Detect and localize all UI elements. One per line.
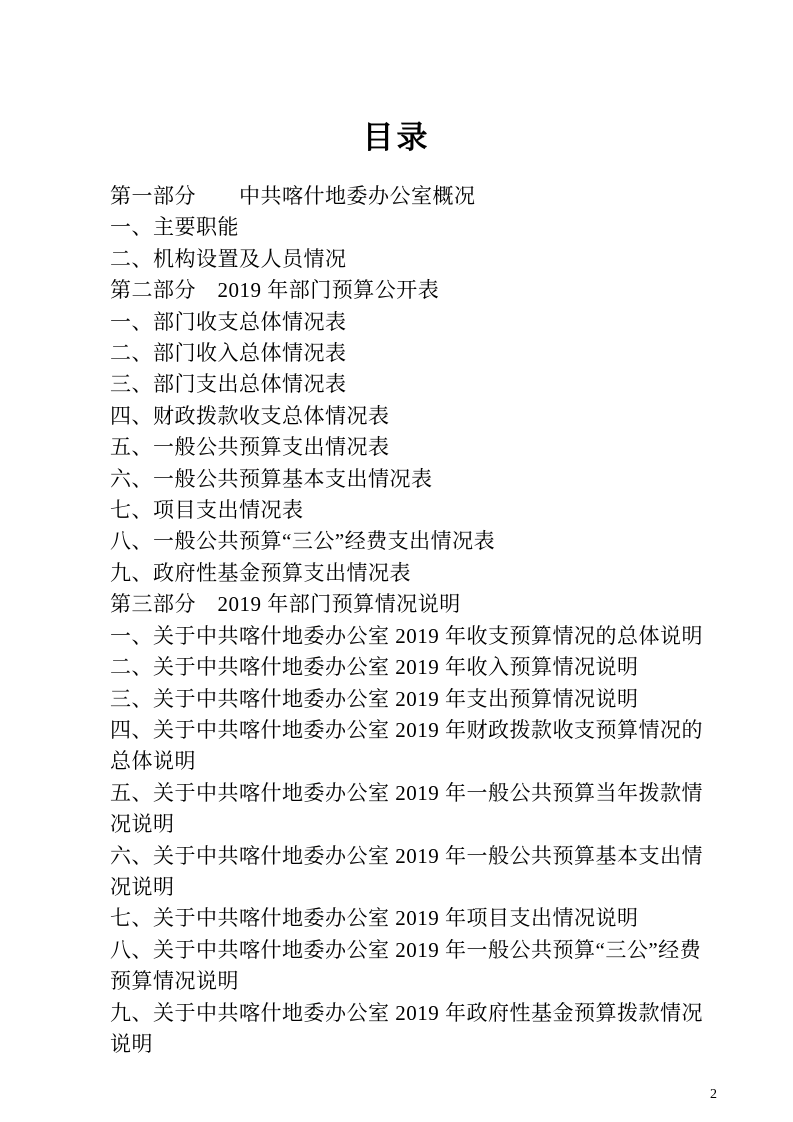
document-page: 目录 第一部分 中共喀什地委办公室概况一、主要职能二、机构设置及人员情况第二部分…: [0, 0, 793, 1122]
toc-entry-line: 三、关于中共喀什地委办公室 2019 年支出预算情况说明: [110, 684, 710, 715]
toc-entry-line: 第二部分 2019 年部门预算公开表: [110, 275, 710, 306]
toc-entry-line: 七、关于中共喀什地委办公室 2019 年项目支出情况说明: [110, 903, 710, 934]
toc-entry-line: 五、关于中共喀什地委办公室 2019 年一般公共预算当年拨款情: [110, 778, 710, 809]
toc-entry-line: 四、财政拨款收支总体情况表: [110, 401, 710, 432]
toc-entry-line: 九、关于中共喀什地委办公室 2019 年政府性基金预算拨款情况: [110, 998, 710, 1029]
toc-entry-line: 二、关于中共喀什地委办公室 2019 年收入预算情况说明: [110, 652, 710, 683]
toc-entry-line: 五、一般公共预算支出情况表: [110, 432, 710, 463]
toc-entry-line: 八、一般公共预算“三公”经费支出情况表: [110, 526, 710, 557]
toc-entry-line: 八、关于中共喀什地委办公室 2019 年一般公共预算“三公”经费: [110, 935, 710, 966]
page-number: 2: [710, 1085, 717, 1105]
toc-entry-line: 四、关于中共喀什地委办公室 2019 年财政拨款收支预算情况的: [110, 715, 710, 746]
toc-entry-line: 一、部门收支总体情况表: [110, 307, 710, 338]
toc-entry-line: 二、机构设置及人员情况: [110, 244, 710, 275]
toc-entry-line: 六、一般公共预算基本支出情况表: [110, 464, 710, 495]
toc-entry-line: 预算情况说明: [110, 966, 710, 997]
toc-entry-line: 一、关于中共喀什地委办公室 2019 年收支预算情况的总体说明: [110, 621, 710, 652]
toc-entry-line: 说明: [110, 1029, 710, 1060]
toc-entry-line: 二、部门收入总体情况表: [110, 338, 710, 369]
toc-entry-line: 六、关于中共喀什地委办公室 2019 年一般公共预算基本支出情: [110, 841, 710, 872]
toc-entry-line: 三、部门支出总体情况表: [110, 369, 710, 400]
toc-entry-line: 九、政府性基金预算支出情况表: [110, 558, 710, 589]
toc-entry-line: 总体说明: [110, 746, 710, 777]
toc-entry-line: 一、主要职能: [110, 212, 710, 243]
page-title: 目录: [0, 118, 793, 158]
toc-entry-line: 况说明: [110, 872, 710, 903]
toc-list: 第一部分 中共喀什地委办公室概况一、主要职能二、机构设置及人员情况第二部分 20…: [110, 181, 710, 1060]
toc-entry-line: 第一部分 中共喀什地委办公室概况: [110, 181, 710, 212]
toc-entry-line: 况说明: [110, 809, 710, 840]
toc-entry-line: 七、项目支出情况表: [110, 495, 710, 526]
toc-entry-line: 第三部分 2019 年部门预算情况说明: [110, 589, 710, 620]
